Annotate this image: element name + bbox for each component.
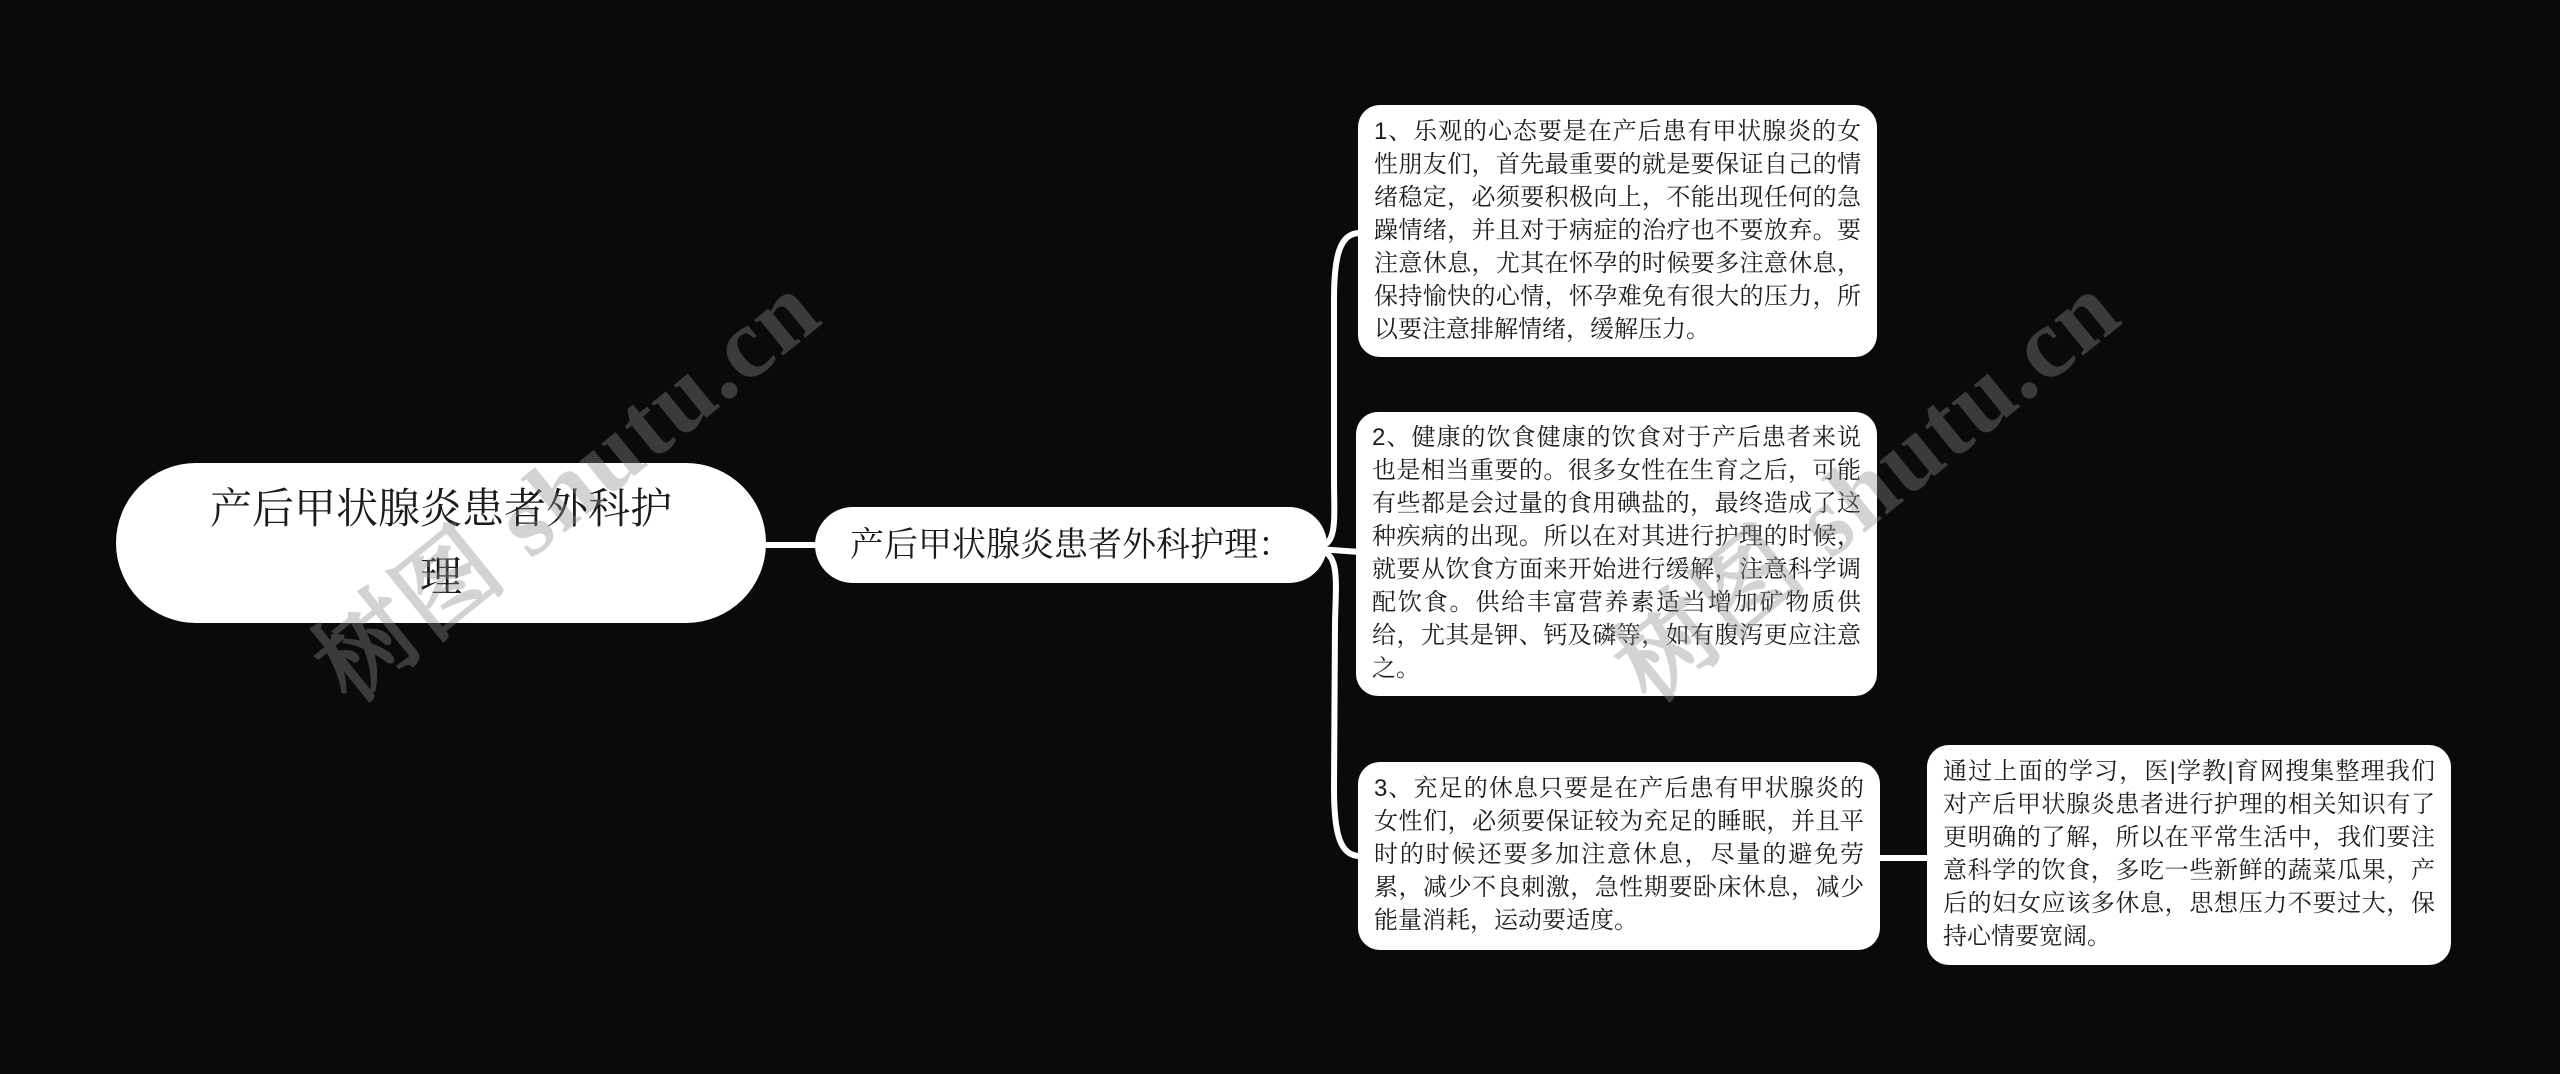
summary-text: 通过上面的学习，医|学教|育网搜集整理我们对产后甲状腺炎患者进行护理的相关知识有… [1943,758,2435,950]
child-card-point-1[interactable]: 1、乐观的心态要是在产后患有甲状腺炎的女性朋友们，首先最重要的就是要保证自己的情… [1358,105,1877,357]
point-3-text: 3、充足的休息只要是在产后患有甲状腺炎的女性们，必须要保证较为充足的睡眠，并且平… [1374,775,1864,934]
mindmap-canvas: 产后甲状腺炎患者外科护理 产后甲状腺炎患者外科护理： 1、乐观的心态要是在产后患… [0,0,2560,1074]
connector-branch-point1 [1318,233,1360,546]
point-2-text: 2、健康的饮食健康的饮食对于产后患者来说也是相当重要的。很多女性在生育之后，可能… [1372,424,1861,682]
branch-node[interactable]: 产后甲状腺炎患者外科护理： [815,507,1327,583]
branch-node-label: 产后甲状腺炎患者外科护理： [850,525,1292,565]
connector-branch-point3 [1318,551,1360,856]
summary-card[interactable]: 通过上面的学习，医|学教|育网搜集整理我们对产后甲状腺炎患者进行护理的相关知识有… [1927,745,2451,965]
point-1-text: 1、乐观的心态要是在产后患有甲状腺炎的女性朋友们，首先最重要的就是要保证自己的情… [1374,118,1861,343]
child-card-point-2[interactable]: 2、健康的饮食健康的饮食对于产后患者来说也是相当重要的。很多女性在生育之后，可能… [1356,412,1877,696]
root-node[interactable]: 产后甲状腺炎患者外科护理 [116,463,766,623]
child-card-point-3[interactable]: 3、充足的休息只要是在产后患有甲状腺炎的女性们，必须要保证较为充足的睡眠，并且平… [1358,762,1880,950]
root-node-label: 产后甲状腺炎患者外科护理 [201,475,681,611]
